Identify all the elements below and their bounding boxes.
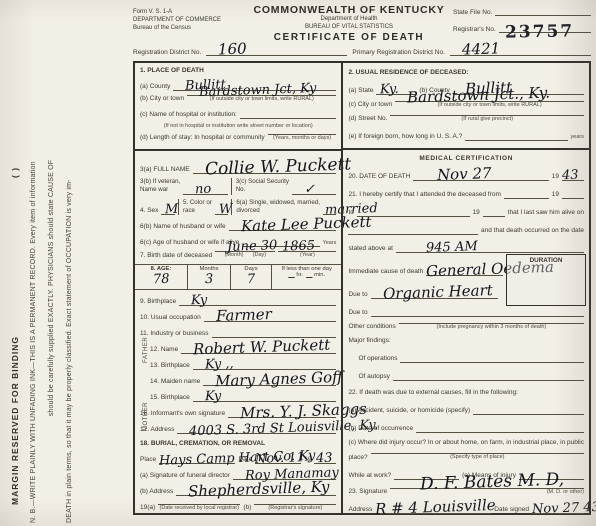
- informant-line: Mrs. Y. J. Skaggs: [228, 406, 336, 418]
- section-usual-residence: 2. USUAL RESIDENCE OF DECEASED: (a) Stat…: [343, 63, 589, 150]
- immediate-cause-row: Immediate cause of death General Oedema …: [343, 259, 589, 276]
- veteran-label: 3(b) If veteran,Name war: [140, 178, 180, 195]
- injury-place-caption: (Specify type of place): [371, 454, 584, 461]
- birthplace-value: Ky: [191, 292, 208, 308]
- length-of-stay-row: (d) Length of stay: In hospital or commu…: [135, 134, 341, 142]
- informant-address-row: 17. Address 4003 S. 3rd St Louisville, K…: [135, 422, 341, 434]
- county-label: (a) County: [140, 83, 170, 91]
- physician-signature-row: 23. Signature D. F. Bates M. D, (M. D. o…: [343, 488, 589, 496]
- due-to-2-line: [371, 305, 584, 317]
- accident-line: [473, 403, 584, 415]
- external-causes-title-row: 22. If death was due to external causes,…: [343, 389, 589, 397]
- date-of-death-line: Nov 27: [413, 169, 548, 181]
- certify-from-year-line: [562, 187, 584, 199]
- burial-title: 18. BURIAL, CREMATION, OR REMOVAL: [140, 440, 265, 448]
- birth-date-row: 7. Birth date of deceased June 30 (Month…: [135, 251, 341, 259]
- birth-date-value: June 30: [227, 239, 278, 256]
- color-value: W: [219, 202, 233, 217]
- birthplace-row: 9. Birthplace Ky: [135, 294, 341, 306]
- physician-signature-line: D. F. Bates M. D,: [390, 488, 584, 489]
- dept-health-label: Department of Health: [245, 16, 453, 24]
- registrar-no-line: 23757: [499, 19, 591, 33]
- left-column: 1. PLACE OF DEATH (a) County Bullitt (b)…: [135, 63, 341, 513]
- age-days-label: Days: [244, 266, 257, 272]
- of-autopsy-row: Of autopsy: [353, 369, 589, 381]
- due-to-2-row: Due to: [343, 305, 589, 317]
- commonwealth-title: COMMONWEALTH OF KENTUCKY: [245, 4, 453, 16]
- date-of-death-value: Nov 27: [437, 164, 492, 184]
- sex-line: M: [161, 203, 175, 215]
- time-of-death-value: 945 AM: [426, 239, 478, 256]
- ssn-line: ✓: [292, 183, 336, 195]
- burial-place-label: Place: [140, 456, 156, 464]
- stated-above-line: 945 AM: [396, 241, 584, 253]
- occupation-label: 10. Usual occupation: [140, 314, 201, 322]
- foreign-born-label: (e) If foreign born, how long in U. S. A…: [348, 133, 462, 141]
- veteran-ssn-row: 3(b) If veteran,Name war no 3(c) Social …: [135, 178, 341, 195]
- margin-note-line2: should be carefully supplied EXACTLY. PH…: [48, 53, 55, 523]
- other-conditions-line: [399, 323, 584, 324]
- burial-year-line: 43: [314, 452, 336, 464]
- other-conditions-label: Other conditions: [348, 323, 395, 331]
- department-label: DEPARTMENT OF COMMERCE: [133, 16, 245, 24]
- registrar-sig-prefix: (b): [243, 504, 251, 512]
- form-body: 1. PLACE OF DEATH (a) County Bullitt (b)…: [133, 61, 591, 515]
- age-years-value: 78: [152, 271, 169, 287]
- sex-color-marital-row: 4. Sex M 5. Color orrace W 6(a) Single, …: [135, 199, 341, 216]
- street-no-row: (d) Street No. (If rural give precinct): [343, 115, 589, 123]
- father-birthplace-value: Ky ,,: [204, 356, 233, 372]
- state-file-line: [495, 6, 591, 16]
- injury-place-label: place?: [348, 454, 367, 462]
- street-no-label: (d) Street No.: [348, 115, 387, 123]
- color-line: W: [215, 203, 229, 215]
- father-name-value: Robert W. Puckett: [193, 335, 331, 358]
- city-label: (b) City or town: [140, 95, 184, 103]
- certify-to-label: to: [348, 209, 353, 217]
- street-no-line: [390, 115, 584, 116]
- date-of-death-year-prefix: 19: [552, 173, 559, 181]
- right-column: 2. USUAL RESIDENCE OF DECEASED: (a) Stat…: [341, 63, 589, 513]
- mother-name-line: Mary Agnes Goff: [203, 374, 336, 386]
- occupation-line: Farmer: [204, 310, 337, 322]
- stated-above-row: stated above at 945 AM: [343, 241, 589, 253]
- age-months-cell: Months 3: [188, 265, 231, 289]
- date-of-death-year-value: 43: [562, 168, 579, 184]
- margin-note-line1: N. B.—WRITE PLAINLY WITH UNFADING INK—TH…: [30, 53, 37, 523]
- residence-state-value: Ky.: [380, 82, 399, 98]
- physician-address-row: Address R # 4 Louisville Date signed Nov…: [343, 502, 589, 514]
- birthplace-label: 9. Birthplace: [140, 298, 176, 306]
- age-hr-min-label: hr. min.: [275, 272, 338, 278]
- residence-state-label: (a) State: [348, 87, 373, 95]
- registrar-no-row: Registrar's No. 23757: [453, 19, 591, 33]
- medical-certification-title: MEDICAL CERTIFICATION: [419, 155, 513, 163]
- full-name-line: Collie W. Puckett: [193, 153, 337, 174]
- certify-from-line: [504, 187, 549, 199]
- father-name-row: 12. Name Robert W. Puckett: [145, 342, 341, 354]
- stated-above-label: stated above at: [348, 245, 392, 253]
- registrar-signature-caption: (Registrar's signature): [254, 505, 336, 512]
- marital-label: 6(a) Single, widowed, married,divorced: [231, 199, 320, 216]
- age-row: 8. AGE: 78 Months 3 Days 7 If less than …: [135, 264, 341, 290]
- injury-place-row: place? (Specify type of place): [343, 453, 589, 461]
- physician-signature-label: 23. Signature: [348, 488, 387, 496]
- occurrence-date-line: [416, 421, 584, 433]
- reg-district-label: Registration District No.: [133, 49, 201, 56]
- form-number: Form V. S. 1-A: [133, 8, 245, 16]
- of-autopsy-label: Of autopsy: [358, 373, 389, 381]
- margin-note-line3: DEATH in plain terms, so that it may be …: [66, 53, 73, 523]
- ssn-mark: ✓: [304, 182, 315, 197]
- immediate-cause-line: General Oedema: [426, 259, 503, 276]
- section-place-of-death: 1. PLACE OF DEATH (a) County Bullitt (b)…: [135, 63, 341, 151]
- residence-city-row: (c) City or town Bardstown Jct., Ky. (If…: [343, 101, 589, 109]
- mother-name-row: 14. Maiden name Mary Agnes Goff: [145, 374, 341, 386]
- occurrence-date-row: (b) Date of occurrence: [343, 421, 589, 433]
- mother-birthplace-value: Ky: [204, 388, 221, 404]
- full-name-row: 3(a) FULL NAME Collie W. Puckett: [135, 153, 341, 174]
- registration-district-row: Registration District No. 160 Primary Re…: [133, 44, 591, 56]
- length-of-stay-caption: (Years, months or days): [268, 135, 337, 142]
- header-title-block: COMMONWEALTH OF KENTUCKY Department of H…: [245, 4, 453, 43]
- full-name-value: Collie W. Puckett: [204, 155, 351, 180]
- date-signed-line: Nov 27 43: [532, 502, 584, 514]
- date-signed-value: Nov 27 43: [532, 500, 596, 517]
- form-header: Form V. S. 1-A DEPARTMENT OF COMMERCE Bu…: [133, 4, 591, 43]
- veteran-line: no: [183, 183, 227, 195]
- death-certificate-scan: MARGIN RESERVED FOR BINDING ( ) N. B.—WR…: [0, 0, 596, 526]
- street-no-caption: (If rural give precinct): [390, 116, 584, 123]
- vital-statistics-label: BUREAU OF VITAL STATISTICS: [245, 24, 453, 32]
- foreign-born-unit: years: [571, 134, 584, 141]
- birth-year-value: 1865: [282, 239, 316, 255]
- funeral-address-label: (b) Address: [140, 488, 173, 496]
- age-years-cell: 8. AGE: 78: [135, 265, 188, 289]
- certify-from-row: 21. I hereby certify that I attended the…: [343, 187, 589, 199]
- hospital-caption: (If not in hospital or institution write…: [140, 123, 336, 130]
- burial-title-row: 18. BURIAL, CREMATION, OR REMOVAL: [135, 440, 341, 448]
- certify-to-row: to 19 that I last saw him alive on: [343, 205, 589, 217]
- certify-to-year-line: [483, 205, 505, 217]
- reg-district-line: 160: [206, 44, 347, 56]
- residence-title: 2. USUAL RESIDENCE OF DECEASED:: [348, 69, 468, 77]
- burial-date-value: Nov. 11: [255, 450, 305, 467]
- age-less-than-day-cell: If less than one day hr. min.: [272, 265, 341, 289]
- foreign-born-row: (e) If foreign born, how long in U. S. A…: [343, 129, 589, 141]
- hospital-label: (c) Name of hospital or institution:: [140, 111, 237, 119]
- duration-label: DURATION: [530, 257, 563, 264]
- burial-place-line: Hays Camp Hart Co. Ky: [159, 452, 235, 464]
- father-name-label: 12. Name: [150, 346, 178, 354]
- registrar-receipt-label: 19(a): [140, 504, 155, 512]
- age-label: 8. AGE:: [151, 266, 172, 272]
- mother-name-label: 14. Maiden name: [150, 378, 200, 386]
- injury-where-label: (c) Where did injury occur? In or about …: [348, 439, 584, 447]
- date-of-death-label: 20. DATE OF DEATH: [348, 173, 410, 181]
- of-operations-row: Of operations: [353, 351, 589, 363]
- accident-label: (a) Accident, suicide, or homicide (spec…: [348, 407, 470, 415]
- occupation-value: Farmer: [215, 305, 271, 325]
- full-name-label: 3(a) FULL NAME: [140, 166, 190, 174]
- age-days-value: 7: [247, 271, 256, 286]
- age-months-label: Months: [199, 266, 218, 272]
- mother-birthplace-label: 15. Birthplace: [150, 394, 190, 402]
- registrar-receipt-row: 19(a) (Date received by local registrar)…: [135, 504, 341, 512]
- other-conditions-row: Other conditions (Include pregnancy with…: [343, 323, 589, 331]
- binding-hole-mark: ( ): [10, 167, 20, 178]
- primary-district-label: Primary Registration District No.: [352, 49, 444, 56]
- injury-where-row: (c) Where did injury occur? In or about …: [343, 439, 589, 447]
- bureau-label: Bureau of the Census: [133, 24, 245, 32]
- due-to-1-value: Organic Heart: [382, 281, 492, 303]
- while-at-work-label: While at work?: [348, 472, 391, 480]
- veteran-value: no: [195, 182, 212, 198]
- funeral-address-line: Shepherdsville, Ky: [176, 484, 336, 496]
- registrar-signature-line: [254, 504, 336, 505]
- primary-district-value: 4421: [462, 39, 501, 58]
- death-occurred-row: and that death occurred on the date: [343, 223, 589, 235]
- due-to-2-label: Due to: [348, 309, 367, 317]
- residence-city-label: (c) City or town: [348, 101, 392, 109]
- margin-binding-label: MARGIN RESERVED FOR BINDING: [10, 336, 20, 505]
- burial-year-value: 43: [316, 450, 333, 466]
- state-file-row: State File No.: [453, 6, 591, 16]
- medical-certification-title-row: MEDICAL CERTIFICATION: [343, 155, 589, 163]
- spouse-age-label: 6(c) Age of husband or wife if alive: [140, 239, 239, 247]
- of-operations-line: [400, 351, 584, 363]
- date-of-death-row: 20. DATE OF DEATH Nov 27 19 43: [343, 169, 589, 181]
- accident-row: (a) Accident, suicide, or homicide (spec…: [343, 403, 589, 415]
- last-saw-alive-label: that I last saw him alive on: [508, 209, 584, 217]
- registrar-no-label: Registrar's No.: [453, 26, 496, 33]
- birth-year-line: 1865: [278, 251, 336, 252]
- spouse-name-label: 6(b) Name of husband or wife: [140, 223, 226, 231]
- of-operations-label: Of operations: [358, 355, 397, 363]
- father-name-line: Robert W. Puckett: [181, 342, 336, 354]
- funeral-address-value: Shepherdsville, Ky: [188, 477, 330, 500]
- external-causes-title: 22. If death was due to external causes,…: [348, 389, 517, 397]
- industry-label: 11. Industry or business: [140, 330, 209, 338]
- mother-name-value: Mary Agnes Goff: [215, 367, 343, 389]
- reg-district-value: 160: [218, 40, 247, 59]
- certificate-title: CERTIFICATE OF DEATH: [245, 32, 453, 43]
- place-of-death-title: 1. PLACE OF DEATH: [140, 67, 204, 75]
- occurrence-date-label: (b) Date of occurrence: [348, 425, 413, 433]
- injury-place-line: [371, 453, 584, 454]
- certify-to-year-prefix: 19: [473, 209, 480, 217]
- birth-date-line-md: June 30: [215, 251, 275, 252]
- mother-section-label: MOTHER: [143, 402, 149, 431]
- registrar-no-value: 23757: [505, 21, 574, 42]
- residence-city-line: Bardstown Jct., Ky.: [395, 101, 584, 102]
- certify-from-year-prefix: 19: [552, 191, 559, 199]
- city-row: (b) City or town Bardstown Jct, Ky (If o…: [135, 95, 341, 103]
- physician-address-value: R # 4 Louisville: [375, 496, 496, 518]
- last-saw-line: [348, 223, 478, 235]
- color-label: 5. Color orrace: [178, 199, 212, 216]
- date-of-death-year-line: 43: [562, 169, 584, 181]
- foreign-born-line: [465, 129, 567, 141]
- spouse-name-row: 6(b) Name of husband or wife Kate Lee Pu…: [135, 219, 341, 231]
- date-signed-label: Date signed: [494, 506, 529, 514]
- birthplace-line: Ky: [179, 294, 336, 306]
- ssn-label: 3(c) Social SecurityNo.: [231, 178, 289, 195]
- state-file-label: State File No.: [453, 9, 492, 16]
- primary-district-line: 4421: [450, 44, 591, 56]
- physician-address-label: Address: [348, 506, 372, 514]
- death-occurred-label: and that death occurred on the date: [481, 227, 584, 235]
- city-line: Bardstown Jct, Ky: [187, 95, 336, 96]
- physician-address-line: R # 4 Louisville: [375, 502, 491, 514]
- father-birthplace-label: 13. Birthplace: [150, 362, 190, 370]
- of-autopsy-line: [393, 369, 584, 381]
- immediate-cause-label: Immediate cause of death: [348, 268, 423, 276]
- funeral-director-label: (a) Signature of funeral director: [140, 472, 230, 480]
- spouse-age-unit: Years: [323, 240, 337, 247]
- due-to-1-label: Due to: [348, 291, 367, 299]
- certify-to-line: [357, 205, 470, 217]
- mother-birthplace-line: Ky: [193, 390, 337, 402]
- funeral-address-row: (b) Address Shepherdsville, Ky: [135, 484, 341, 496]
- header-agency-block: Form V. S. 1-A DEPARTMENT OF COMMERCE Bu…: [133, 4, 245, 32]
- burial-date-line: Nov. 11: [255, 452, 301, 464]
- header-file-block: State File No. Registrar's No. 23757: [453, 4, 591, 36]
- sex-value: M: [165, 202, 179, 217]
- length-of-stay-label: (d) Length of stay: In hospital or commu…: [140, 134, 265, 142]
- father-section-label: FATHER: [143, 337, 149, 363]
- burial-place-row: Place Hays Camp Hart Co. Ky Date Nov. 11…: [135, 452, 341, 464]
- due-to-1-line: Organic Heart: [371, 282, 498, 299]
- father-birthplace-row: 13. Birthplace Ky ,,: [145, 358, 341, 370]
- occupation-row: 10. Usual occupation Farmer: [135, 310, 341, 322]
- mother-birthplace-row: 15. Birthplace Ky: [145, 390, 341, 402]
- length-of-stay-line: [268, 134, 337, 135]
- certificate-form: Form V. S. 1-A DEPARTMENT OF COMMERCE Bu…: [133, 4, 591, 515]
- duration-box: DURATION: [506, 254, 586, 306]
- hospital-row: (c) Name of hospital or institution:: [135, 107, 341, 119]
- sex-label: 4. Sex: [140, 207, 158, 215]
- registrar-date-caption: (Date received by local registrar): [158, 505, 240, 512]
- informant-label: 16. Informant's own signature: [140, 410, 225, 418]
- birth-date-label: 7. Birth date of deceased: [140, 252, 212, 260]
- major-findings-label: Major findings:: [348, 337, 390, 345]
- informant-row: 16. Informant's own signature Mrs. Y. J.…: [135, 406, 341, 418]
- informant-address-line: 4003 S. 3rd St Louisville, Ky.: [177, 422, 336, 434]
- hospital-line: [240, 107, 337, 119]
- registrar-date-line: [158, 504, 240, 505]
- spouse-name-line: Kate Lee Puckett: [229, 219, 337, 231]
- major-findings-row: Major findings:: [343, 337, 589, 345]
- age-days-cell: Days 7: [231, 265, 272, 289]
- certify-from-label: 21. I hereby certify that I attended the…: [348, 191, 500, 199]
- other-conditions-caption: (Include pregnancy within 3 months of de…: [399, 324, 584, 331]
- age-months-value: 3: [205, 271, 214, 286]
